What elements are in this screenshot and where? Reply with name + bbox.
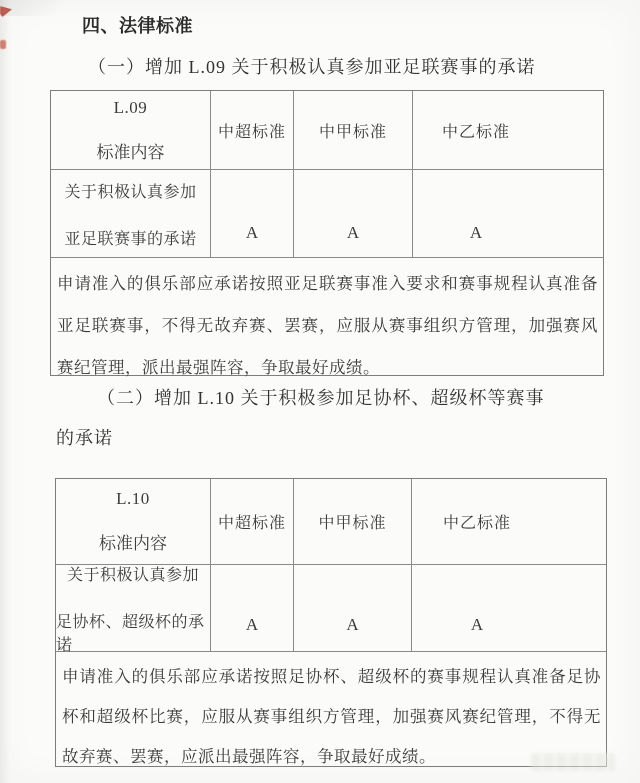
column-header-csl: 中超标准: [211, 479, 294, 565]
grade-league-two: A: [413, 170, 603, 258]
commitment-note: 申请准入的俱乐部应承诺按照足协杯、超级杯的赛事规程认真准备足协杯和超级杯比赛，应…: [56, 652, 606, 766]
column-header-league-two-label: 中乙标准: [443, 510, 511, 533]
commitment-note: 申请准入的俱乐部应承诺按照亚足联赛事准入要求和赛事规程认真准备亚足联赛事，不得无…: [51, 258, 603, 375]
red-pen-mark-small: [0, 40, 6, 49]
subsection-2-heading-line2: 的承诺: [56, 424, 113, 450]
table-corner-cell: L.09 标准内容: [51, 91, 211, 170]
grade-csl: A: [211, 170, 294, 258]
row-label-line2: 足协杯、超级杯的承诺: [56, 609, 210, 655]
row-label-line2: 亚足联赛事的承诺: [64, 226, 196, 249]
subsection-1-heading: （一）增加 L.09 关于积极认真参加亚足联赛事的承诺: [88, 53, 536, 79]
table-corner-cell: L.10 标准内容: [56, 479, 211, 565]
column-header-csl: 中超标准: [211, 91, 294, 170]
grade-csl: A: [211, 565, 294, 652]
column-header-league-two-label: 中乙标准: [442, 119, 510, 142]
standards-table-l10: L.10 标准内容 中超标准 中甲标准 中乙标准 关于积极认真参加 足协杯、超级…: [55, 478, 607, 767]
column-header-league-two: 中乙标准: [413, 91, 603, 170]
grade-league-two: A: [412, 565, 606, 652]
standard-content-label: 标准内容: [97, 138, 165, 163]
section-heading: 四、法律标准: [82, 12, 193, 38]
grade-league-one: A: [294, 565, 412, 652]
row-label-line1: 关于积极认真参加: [64, 179, 196, 202]
row-label-cell: 关于积极认真参加 亚足联赛事的承诺: [51, 170, 211, 258]
grade-league-two-value: A: [470, 223, 482, 243]
subsection-2-heading-line1: （二）增加 L.10 关于积极参加足协杯、超级杯等赛事: [97, 384, 545, 410]
standard-content-label: 标准内容: [99, 529, 167, 554]
standard-code: L.10: [116, 489, 150, 509]
row-label-cell: 关于积极认真参加 足协杯、超级杯的承诺: [56, 565, 211, 652]
scan-edge-shading: [0, 0, 10, 783]
scanned-document-page: 四、法律标准 （一）增加 L.09 关于积极认真参加亚足联赛事的承诺 L.09 …: [0, 0, 640, 783]
column-header-league-one: 中甲标准: [294, 91, 413, 170]
standard-code: L.09: [114, 98, 148, 118]
column-header-league-two: 中乙标准: [412, 479, 606, 565]
row-label-line1: 关于积极认真参加: [67, 562, 199, 585]
faint-watermark: [531, 753, 615, 771]
standards-table-l09: L.09 标准内容 中超标准 中甲标准 中乙标准 关于积极认真参加 亚足联赛事的…: [50, 90, 604, 376]
grade-league-two-value: A: [471, 615, 483, 635]
grade-league-one: A: [294, 170, 413, 258]
column-header-league-one: 中甲标准: [294, 479, 412, 565]
scan-corner-shading: [0, 0, 80, 16]
